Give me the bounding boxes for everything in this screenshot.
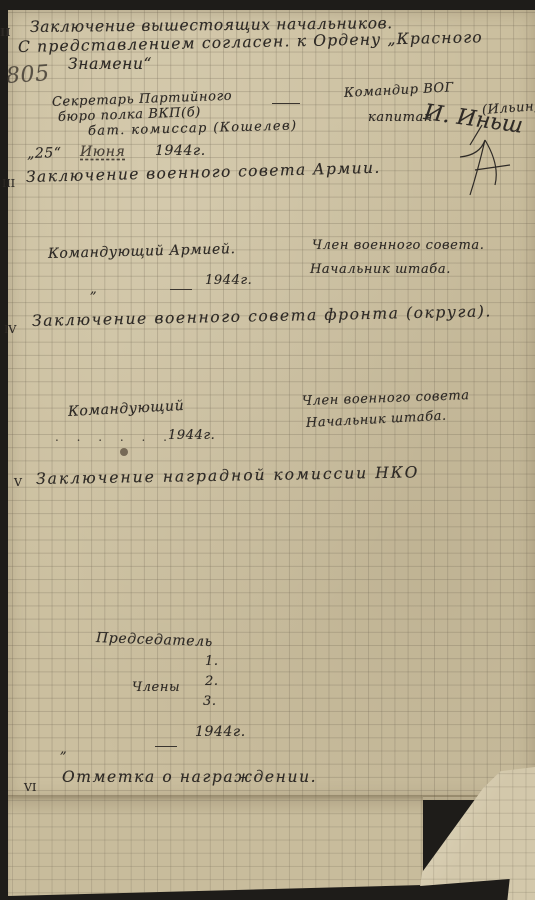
section-2-number: II xyxy=(0,26,10,39)
section-3-number: III xyxy=(2,177,15,190)
section-4-number: IV xyxy=(4,323,16,336)
signature-dash xyxy=(272,103,300,104)
commission-date-quote: „ xyxy=(60,742,67,757)
front-date-dots: . . . . . . xyxy=(55,430,174,444)
army-date-quote: „ xyxy=(90,282,97,297)
signature-flourish xyxy=(440,115,535,205)
army-council-member-label: Член военного совета. xyxy=(312,238,484,253)
commission-member-1: 1. xyxy=(205,654,219,669)
date-day: „25“ xyxy=(27,145,62,162)
commission-members-label: Члены xyxy=(132,680,180,695)
army-date-line xyxy=(170,289,192,290)
ink-stain xyxy=(120,448,128,456)
date-month: Июня xyxy=(80,144,125,160)
commission-date-line xyxy=(155,746,177,747)
section-6-title: Отметка о награждении. xyxy=(62,768,317,786)
date-year: 1944г. xyxy=(155,143,206,159)
folded-bottom-flap xyxy=(8,796,423,896)
army-date-year: 1944г. xyxy=(205,273,252,288)
commission-member-3: 3. xyxy=(203,694,217,709)
section-5-number: V xyxy=(14,476,22,489)
commission-date-year: 1944г. xyxy=(195,724,246,740)
archive-stamp: 805 xyxy=(5,61,50,89)
front-date-year: 1944г. xyxy=(168,428,215,443)
commission-member-2: 2. xyxy=(205,674,219,689)
section-2-line-3: Знамени“ xyxy=(68,55,152,73)
section-6-number: VI xyxy=(24,781,36,794)
army-chief-of-staff-label: Начальник штаба. xyxy=(310,262,451,277)
